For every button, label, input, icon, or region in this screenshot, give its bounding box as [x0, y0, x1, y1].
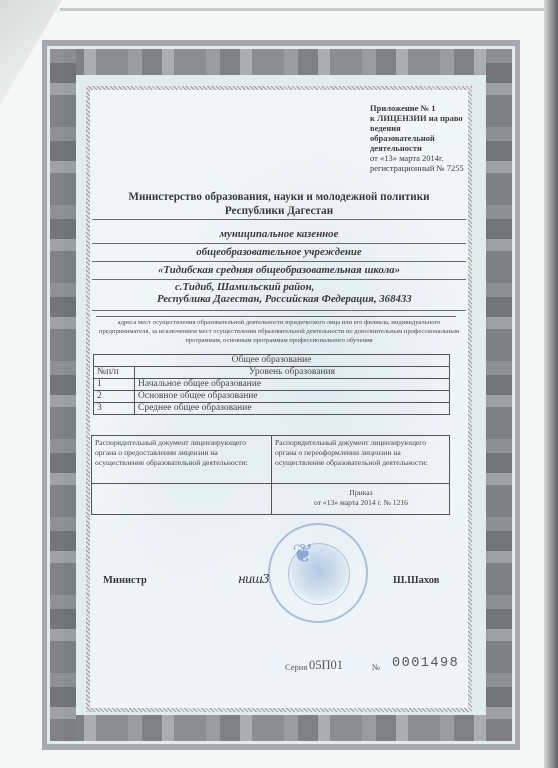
divider: [92, 243, 466, 244]
table-header-row: №п/п Уровень образования: [94, 367, 450, 379]
series-label: Серия: [285, 662, 307, 672]
table-title-row: Общее образование: [94, 355, 450, 367]
org-type-line2: общеобразовательное учреждение: [92, 245, 466, 259]
appendix-line: образовательной: [370, 133, 470, 143]
licensing-documents-table: Распорядительный документ лицензирующего…: [91, 435, 450, 515]
row-level: Начальное общее образование: [135, 379, 450, 391]
row-number: 2: [94, 391, 135, 403]
scan-edge-line: [60, 8, 544, 11]
scan-shadow-edge: [544, 0, 558, 768]
appendix-date: от «13» марта 2014г.: [370, 153, 470, 163]
appendix-line: Приложение № 1: [370, 103, 470, 113]
divider: [92, 310, 466, 311]
divider: [96, 316, 456, 317]
table-title: Общее образование: [94, 355, 450, 367]
issuer-line: Министерство образования, науки и молоде…: [92, 190, 466, 204]
appendix-block: Приложение № 1 к ЛИЦЕНЗИИ на право веден…: [370, 103, 470, 173]
appendix-line: к ЛИЦЕНЗИИ на право: [370, 113, 470, 123]
appendix-line: деятельности: [370, 143, 470, 153]
table-row: 3 Среднее общее образование: [94, 403, 450, 415]
row-level: Среднее общее образование: [135, 403, 450, 415]
signatory-title: Министр: [103, 575, 147, 586]
reissue-document-value: Приказ от «13» марта 2014 г. № 1216: [272, 484, 450, 515]
row-number: 1: [94, 379, 135, 391]
number-label: №: [372, 662, 380, 672]
signatory-name: Ш.Шахов: [393, 575, 439, 586]
issuer-title: Министерство образования, науки и молоде…: [92, 190, 466, 218]
series-value: 05П01: [309, 658, 343, 673]
grant-document-value: [92, 484, 272, 515]
column-header-number: №п/п: [94, 367, 135, 379]
table-row: 1 Начальное общее образование: [94, 379, 450, 391]
divider: [92, 219, 466, 220]
number-value: 0001498: [392, 656, 459, 671]
row-level: Основное общее образование: [135, 391, 450, 403]
column-header-level: Уровень образования: [135, 367, 450, 379]
divider: [92, 261, 466, 262]
appendix-reg-number: регистрационный № 7255: [370, 163, 470, 173]
order-label: Приказ: [275, 488, 447, 498]
order-date-number: от «13» марта 2014 г. № 1216: [275, 498, 447, 508]
address-note: адреса мест осуществления образовательно…: [92, 318, 466, 345]
org-address-line1: с.Тидиб, Шамильский район,: [175, 281, 314, 293]
official-seal-icon: ❦: [268, 523, 368, 623]
org-address-line2: Республика Дагестан, Российская Федераци…: [157, 293, 412, 305]
row-number: 3: [94, 403, 135, 415]
org-type-line1: муниципальное казенное: [92, 227, 466, 241]
table-row: 2 Основное общее образование: [94, 391, 450, 403]
divider: [92, 279, 466, 280]
handwritten-signature: ниш3: [238, 572, 269, 586]
appendix-line: ведения: [370, 123, 470, 133]
eagle-emblem-icon: ❦: [292, 539, 314, 569]
grant-document-header: Распорядительный документ лицензирующего…: [92, 436, 272, 484]
issuer-line: Республики Дагестан: [92, 204, 466, 218]
reissue-document-header: Распорядительный документ лицензирующего…: [272, 436, 450, 484]
org-name: «Тидибская средняя общеобразовательная ш…: [92, 263, 466, 277]
education-table: Общее образование №п/п Уровень образован…: [93, 354, 450, 415]
